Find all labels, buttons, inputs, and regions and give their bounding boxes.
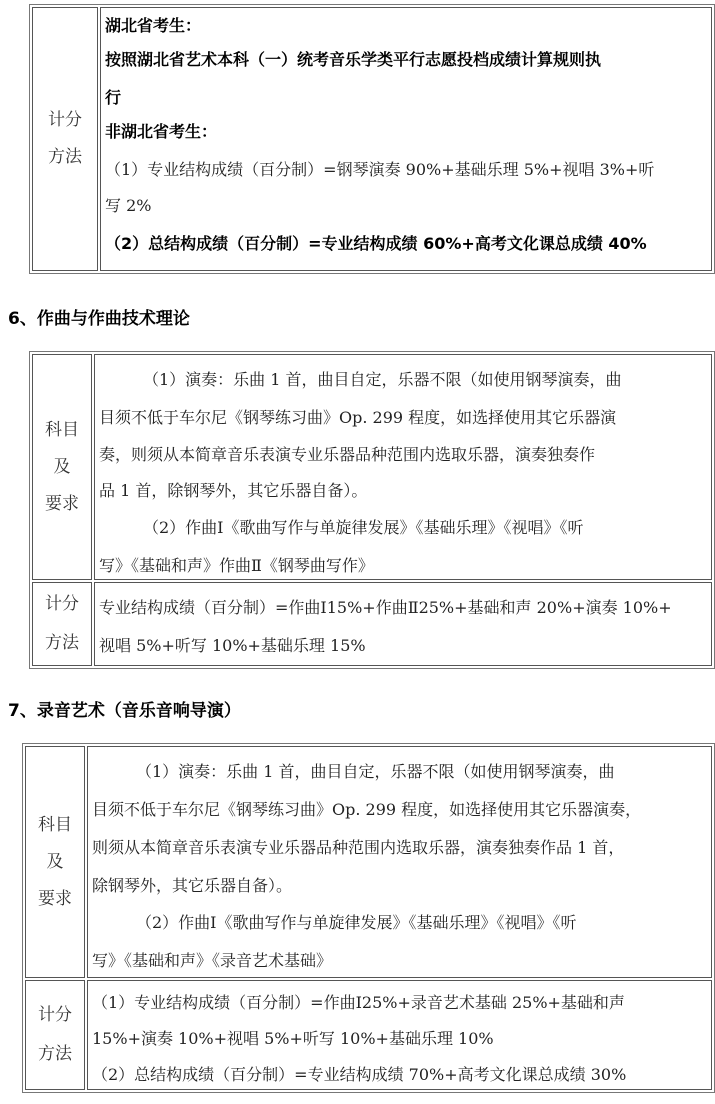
text-line: （2）作曲Ⅰ《歌曲写作与单旋律发展》《基础乐理》《视唱》《听 <box>99 520 707 558</box>
label-line: 及 <box>54 459 71 476</box>
label-line: 科目 <box>45 422 79 439</box>
section-6-heading: 6、作曲与作曲技术理论 <box>8 304 190 329</box>
label-line: 方法 <box>48 149 82 166</box>
text-line: 目须不低于车尔尼《钢琴练习曲》Op. 299 程度，如选择使用其它乐器演 <box>99 410 707 447</box>
text-line: 则须从本简章音乐表演专业乐器品种范围内选取乐器，演奏独奏作品 1 首， <box>92 840 707 878</box>
label-line: 要求 <box>45 496 79 513</box>
text-line: 除钢琴外，其它乐器自备）。 <box>92 878 707 915</box>
section7-table: 科目 及 要求 （1）演奏：乐曲 1 首，曲目自定，乐器不限（如使用钢琴演奏，曲… <box>22 743 715 1093</box>
scoring-method-label: 计分 方法 <box>32 582 92 666</box>
label-line: 计分 <box>48 112 82 129</box>
text-line: （1）演奏：乐曲 1 首，曲目自定，乐器不限（如使用钢琴演奏，曲 <box>99 372 707 410</box>
text-line: 行 <box>105 90 707 124</box>
text-line: （2）总结构成绩（百分制）=专业结构成绩 60%+高考文化课总成绩 40% <box>105 236 707 266</box>
label-line: 计分 <box>38 1007 72 1024</box>
scoring-method-content: （1）专业结构成绩（百分制）=作曲Ⅰ25%+录音艺术基础 25%+基础和声 15… <box>87 980 712 1090</box>
scoring-method-content: 专业结构成绩（百分制）=作曲Ⅰ15%+作曲Ⅱ25%+基础和声 20%+演奏 10… <box>94 582 712 666</box>
text-line: 湖北省考生： <box>105 18 707 52</box>
label-line: 方法 <box>45 635 79 652</box>
text-line: （1）演奏：乐曲 1 首，曲目自定，乐器不限（如使用钢琴演奏，曲 <box>92 764 707 802</box>
text-line: （1）专业结构成绩（百分制）=作曲Ⅰ25%+录音艺术基础 25%+基础和声 <box>92 995 707 1031</box>
text-line: 视唱 5%+听写 10%+基础乐理 15% <box>99 638 707 658</box>
label-line: 科目 <box>38 817 72 834</box>
text-line: （2）总结构成绩（百分制）=专业结构成绩 70%+高考文化课总成绩 30% <box>92 1067 707 1087</box>
text-line: 写 2% <box>105 198 707 236</box>
text-line: （2）作曲Ⅰ《歌曲写作与单旋律发展》《基础乐理》《视唱》《听 <box>92 915 707 953</box>
text-line: 品 1 首，除钢琴外，其它乐器自备）。 <box>99 483 707 520</box>
text-line: 专业结构成绩（百分制）=作曲Ⅰ15%+作曲Ⅱ25%+基础和声 20%+演奏 10… <box>99 600 707 638</box>
text-line: 目须不低于车尔尼《钢琴练习曲》Op. 299 程度，如选择使用其它乐器演奏， <box>92 802 707 840</box>
subjects-requirements-content: （1）演奏：乐曲 1 首，曲目自定，乐器不限（如使用钢琴演奏，曲 目须不低于车尔… <box>94 354 712 580</box>
scoring-method-content: 湖北省考生： 按照湖北省艺术本科（一）统考音乐学类平行志愿投档成绩计算规则执 行… <box>100 7 712 271</box>
label-line: 计分 <box>45 596 79 613</box>
subjects-requirements-label: 科目 及 要求 <box>25 746 85 978</box>
label-line: 方法 <box>38 1046 72 1063</box>
text-line: 写》《基础和声》《录音艺术基础》 <box>92 953 707 973</box>
text-line: 写》《基础和声》作曲Ⅱ《钢琴曲写作》 <box>99 558 707 578</box>
section6-table: 科目 及 要求 （1）演奏：乐曲 1 首，曲目自定，乐器不限（如使用钢琴演奏，曲… <box>29 351 715 669</box>
subjects-requirements-label: 科目 及 要求 <box>32 354 92 580</box>
text-line: 奏，则须从本简章音乐表演专业乐器品种范围内选取乐器，演奏独奏作 <box>99 447 707 483</box>
scoring-method-label: 计分 方法 <box>32 7 98 271</box>
section-7-heading: 7、录音艺术（音乐音响导演） <box>8 696 241 721</box>
text-line: （1）专业结构成绩（百分制）=钢琴演奏 90%+基础乐理 5%+视唱 3%+听 <box>105 162 707 198</box>
label-line: 及 <box>47 854 64 871</box>
text-line: 按照湖北省艺术本科（一）统考音乐学类平行志愿投档成绩计算规则执 <box>105 52 707 90</box>
scoring-method-label: 计分 方法 <box>25 980 85 1090</box>
text-line: 15%+演奏 10%+视唱 5%+听写 10%+基础乐理 10% <box>92 1031 707 1067</box>
text-line: 非湖北省考生： <box>105 124 707 162</box>
label-line: 要求 <box>38 891 72 908</box>
section5-scoring-table: 计分 方法 湖北省考生： 按照湖北省艺术本科（一）统考音乐学类平行志愿投档成绩计… <box>29 4 715 274</box>
subjects-requirements-content: （1）演奏：乐曲 1 首，曲目自定，乐器不限（如使用钢琴演奏，曲 目须不低于车尔… <box>87 746 712 978</box>
